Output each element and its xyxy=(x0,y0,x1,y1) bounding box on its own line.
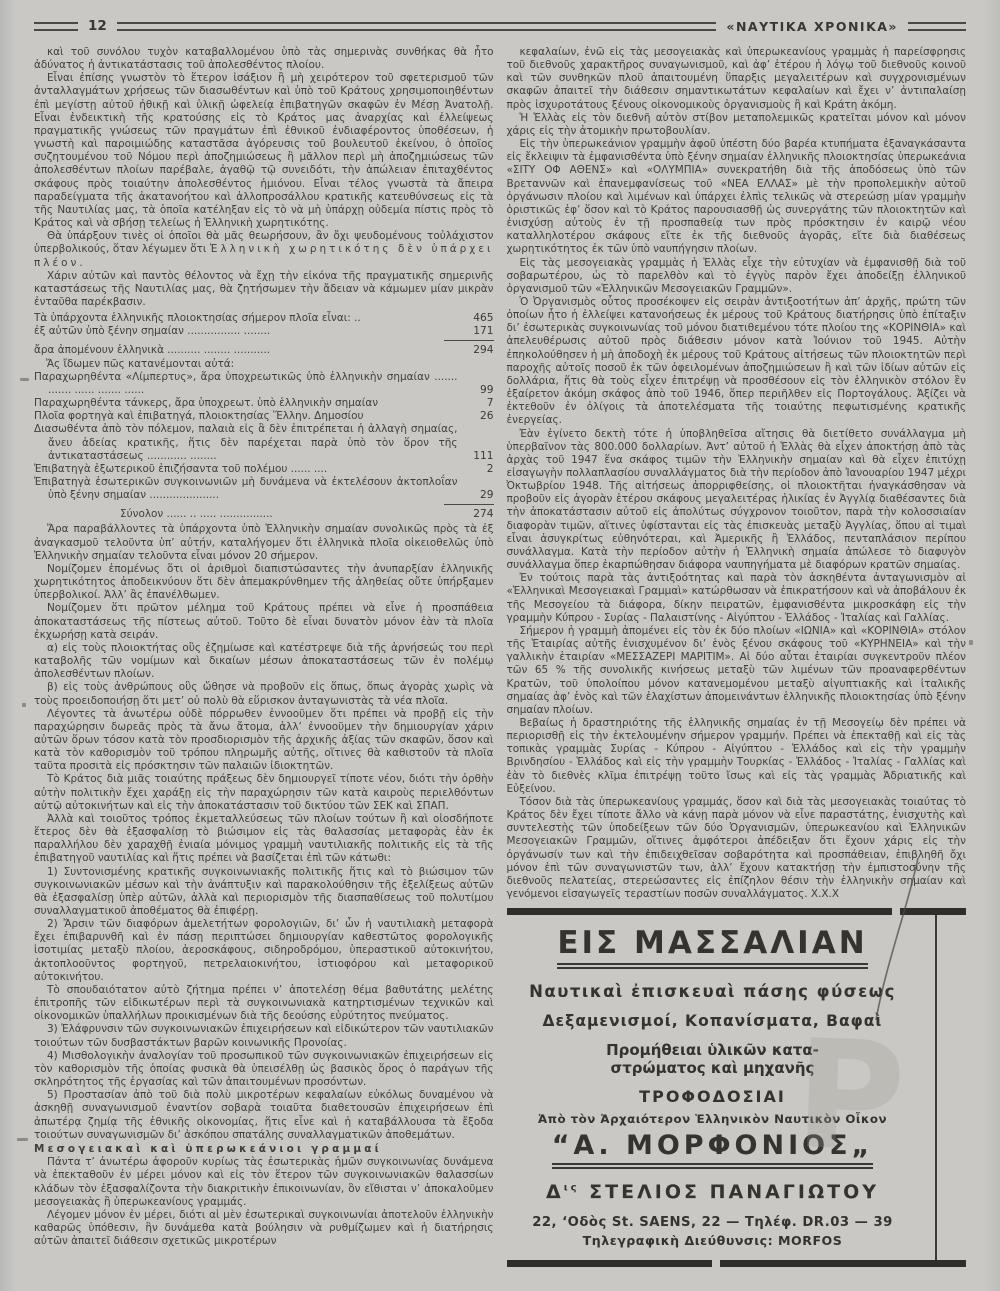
paragraph: κεφαλαίων, ἐνῶ εἰς τὰς μεσογειακὰς καὶ ὑ… xyxy=(507,46,967,112)
paragraph: Εἶναι ἐπίσης γνωστὸν τὸ ἕτερον ἰσάξιον ἢ… xyxy=(34,72,494,230)
scan-artifact xyxy=(969,640,973,645)
table-sum-rule xyxy=(444,504,494,505)
ad-headline: ΕΙΣ ΜΑΣΣΑΛΙΑΝ xyxy=(557,927,867,969)
ad-service-line-1: Ναυτικαὶ ἐπισκευαὶ πάσης φύσεως xyxy=(511,982,915,1001)
left-paragraphs-3: Ἄρα παραβάλλοντες τὰ ὑπάρχοντα ὑπὸ Ἑλλην… xyxy=(34,523,494,1141)
table-row: Παραχωρηθέντα «Λίμπερτυς», ἄρα ὑποχρεωτι… xyxy=(34,371,494,397)
ad-service-line-3a: Προμήθειαι ὑλικῶν κατα- xyxy=(606,1041,819,1059)
table-row: Τὰ ὑπάρχοντα ἑλληνικῆς πλοιοκτησίας σήμε… xyxy=(34,312,494,325)
table-row-value: 465 xyxy=(458,312,494,325)
paragraph: Βεβαίως ἡ δραστηριότης τῆς ἑλληνικῆς σημ… xyxy=(507,717,967,796)
table-row-label: Σύνολον ...... .. ..... ................ xyxy=(34,508,458,521)
paragraph: Εἰς τὴν ὑπερωκεάνιον γραμμὴν ἀφοῦ ὑπέστη… xyxy=(507,138,967,256)
paragraph: 1) Συντονισμένης κρατικῆς συγκοινωνιακῆς… xyxy=(34,866,494,919)
ad-bottom-border xyxy=(507,1260,967,1267)
paragraph: Τόσον διὰ τὰς ὑπερωκεανίους γραμμάς, ὅσο… xyxy=(507,796,967,901)
left-paragraphs-4: Πάντα τ’ ἀνωτέρω ἀφοροῦν κυρίως τὰς ἐσωτ… xyxy=(34,1156,494,1248)
paragraph: Ὁ Ὀργανισμὸς οὗτος προσέκοψεν εἰς σειρὰν… xyxy=(507,296,967,428)
ad-director-initial: Δ xyxy=(546,1181,564,1203)
table-row-value: 294 xyxy=(458,344,494,357)
paragraph: Ἄρα παραβάλλοντες τὰ ὑπάρχοντα ὑπὸ Ἑλλην… xyxy=(34,523,494,562)
ad-service-line-3b: στρώματος καὶ μηχανῆς xyxy=(611,1059,815,1077)
left-paragraphs-top: καὶ τοῦ συνόλου τυχὸν καταβαλλομένου ὑπὸ… xyxy=(34,46,494,230)
ad-director-name: Δις ΣΤΕΛΙΟΣ ΠΑΝΑΓΙΩΤΟΥ xyxy=(511,1181,915,1203)
scan-artifact xyxy=(17,1138,28,1141)
table-row: Παραχωρηθέντα τάνκερς, ἄρα ὑποχρεωτ. ὑπὸ… xyxy=(34,397,494,410)
table-row-label: Ἐπιβατηγὰ ἐσωτερικῶν συγκοινωνιῶν μὴ δυν… xyxy=(34,476,458,502)
section-heading: Μεσογειακαὶ καὶ ὑπερωκεάνιοι γραμμαί xyxy=(34,1143,494,1156)
emphasis-paragraph: Θὰ ὑπάρξουν τινὲς οἱ ὁποῖοι θὰ μᾶς θεωρή… xyxy=(34,230,494,269)
ad-top-border-left xyxy=(507,908,892,915)
ad-content: ΕΙΣ ΜΑΣΣΑΛΙΑΝ Ναυτικαὶ ἐπισκευαὶ πάσης φ… xyxy=(507,915,937,1259)
paragraph: Τὸ σπουδαιότατον αὐτὸ ζήτημα πρέπει ν’ ἀ… xyxy=(34,984,494,1023)
table-row-value: 99 xyxy=(458,384,494,397)
ad-top-border-right xyxy=(900,908,967,915)
ad-brand-name: “Α. ΜΟΡΦΟΝΙΟΣ„ xyxy=(552,1132,874,1168)
header-rule-center xyxy=(117,22,717,31)
paragraph: Ἡ Ἑλλὰς εἰς τὸν διεθνῆ αὐτὸν στίβον μετα… xyxy=(507,112,967,138)
paragraph: 2) Ἄρσιν τῶν διαφόρων ἀμελετήτων φορολογ… xyxy=(34,918,494,984)
left-paragraphs-2: Χάριν αὐτῶν καὶ παντὸς θέλοντος νὰ ἔχῃ τ… xyxy=(34,270,494,309)
paragraph: 3) Ἐλάφρυνσιν τῶν συγκοινωνιακῶν ἐπιχειρ… xyxy=(34,1023,494,1049)
fleet-statistics-table: Τὰ ὑπάρχοντα ἑλληνικῆς πλοιοκτησίας σήμε… xyxy=(34,312,494,521)
ad-address: 22, ‘Οδὸς St. SAENS, 22 — Τηλέφ. DR.03 —… xyxy=(511,1215,915,1230)
right-paragraphs: κεφαλαίων, ἐνῶ εἰς τὰς μεσογειακὰς καὶ ὑ… xyxy=(507,46,967,901)
ad-subhead: ΤΡΟΦΟΔΟΣΙΑΙ xyxy=(511,1087,915,1106)
masthead-title: «ΝΑΥΤΙΚΑ ΧΡΟΝΙΚΑ» xyxy=(726,19,898,34)
ad-telegraph-address: Τηλεγραφικὴ Διεύθυνσις: MORFOS xyxy=(511,1233,915,1248)
table-row-label: Ἐπιβατηγὰ ἐξωτερικοῦ ἐπιζήσαντα τοῦ πολέ… xyxy=(34,463,458,476)
table-row-label: ἐξ αὐτῶν ὑπὸ ξένην σημαίαν .............… xyxy=(34,325,458,338)
table-row-label: Τὰ ὑπάρχοντα ἑλληνικῆς πλοιοκτησίας σήμε… xyxy=(34,312,458,325)
table-row-label: Παραχωρηθέντα τάνκερς, ἄρα ὑποχρεωτ. ὑπὸ… xyxy=(34,397,458,410)
paragraph: Πάντα τ’ ἀνωτέρω ἀφοροῦν κυρίως τὰς ἐσωτ… xyxy=(34,1156,494,1209)
table-row: Ἐπιβατηγὰ ἐσωτερικῶν συγκοινωνιῶν μὴ δυν… xyxy=(34,476,494,502)
scan-artifact xyxy=(20,378,29,381)
paragraph: Χάριν αὐτῶν καὶ παντὸς θέλοντος νὰ ἔχῃ τ… xyxy=(34,270,494,309)
left-column: καὶ τοῦ συνόλου τυχὸν καταβαλλομένου ὑπὸ… xyxy=(34,46,494,1267)
table-row-value: 171 xyxy=(458,325,494,338)
table-row: ἄρα ἀπομένουν ἑλληνικὰ .......... ......… xyxy=(34,344,494,357)
paragraph: 4) Μισθολογικὴν ἀναλογίαν τοῦ προσωπικοῦ… xyxy=(34,1050,494,1089)
table-row-label: Πλοῖα φορτηγὰ καὶ ἐπιβατηγά, πλοιοκτησία… xyxy=(34,410,458,423)
paragraph: Σήμερον ἡ γραμμὴ ἀπομένει εἰς τὸν ἐκ δύο… xyxy=(507,625,967,717)
paragraph: β) εἰς τοὺς ἀνθρώπους οὓς ὤθησε νὰ προβο… xyxy=(34,681,494,707)
paragraph: Ἐν τούτοις παρὰ τὰς ἀντιξοότητας καὶ παρ… xyxy=(507,572,967,625)
page-header: 12 «ΝΑΥΤΙΚΑ ΧΡΟΝΙΚΑ» xyxy=(0,0,1000,40)
table-row: Πλοῖα φορτηγὰ καὶ ἐπιβατηγά, πλοιοκτησία… xyxy=(34,410,494,423)
paragraph: Τὸ Κράτος διὰ μιᾶς τοιαύτης πράξεως δὲν … xyxy=(34,773,494,812)
right-column: κεφαλαίων, ἐνῶ εἰς τὰς μεσογειακὰς καὶ ὑ… xyxy=(507,46,967,1267)
table-row: Ἐπιβατηγὰ ἐξωτερικοῦ ἐπιζήσαντα τοῦ πολέ… xyxy=(34,463,494,476)
paragraph: Λέγοντες τὰ ἀνωτέρω οὐδὲ πόρρωθεν ἐννοοῦ… xyxy=(34,708,494,774)
table-row-label: Ἄς ἴδωμεν πῶς κατανέμονται αὐτά: xyxy=(34,358,458,371)
ad-tagline: Ἀπὸ τὸν Ἀρχαιότερον Ἑλληνικὸν Ναυτικὸν Ο… xyxy=(511,1112,915,1126)
table-row-value: 26 xyxy=(458,410,494,423)
article-body: καὶ τοῦ συνόλου τυχὸν καταβαλλομένου ὑπὸ… xyxy=(0,40,1000,1267)
paragraph: Ἀλλὰ καὶ τοιοῦτος τρόπος ἐκμεταλλεύσεως … xyxy=(34,813,494,866)
header-rule-left xyxy=(34,22,78,31)
table-row: Ἄς ἴδωμεν πῶς κατανέμονται αὐτά: xyxy=(34,358,494,371)
table-row-value: 274 xyxy=(458,508,494,521)
ad-service-line-3: Προμήθειαι ὑλικῶν κατα- στρώματος καὶ μη… xyxy=(511,1041,915,1079)
ad-director-superscript: ις xyxy=(564,1182,580,1193)
paragraph: Εἰς τὰς μεσογειακὰς γραμμὰς ἡ Ἑλλὰς εἶχε… xyxy=(507,257,967,296)
paragraph: α) εἰς τοὺς πλοιοκτήτας οὓς ἐζημίωσε καὶ… xyxy=(34,642,494,681)
table-row-value: 29 xyxy=(458,489,494,502)
ad-top-border xyxy=(507,908,967,915)
table-row-value: 111 xyxy=(458,450,494,463)
table-row-value: 7 xyxy=(458,397,494,410)
table-row: Σύνολον ...... .. ..... ................… xyxy=(34,508,494,521)
header-rule-right xyxy=(908,22,966,31)
paragraph: Νομίζομεν ἑπομένως ὅτι οἱ ἀριθμοὶ διαπισ… xyxy=(34,563,494,602)
paragraph: Νομίζομεν ὅτι πρῶτον μέλημα τοῦ Κράτους … xyxy=(34,602,494,641)
ad-director-fullname: ΣΤΕΛΙΟΣ ΠΑΝΑΓΙΩΤΟΥ xyxy=(580,1181,879,1203)
paragraph: Ἐὰν ἐγίνετο δεκτὴ τότε ἡ ὑποβληθεῖσα αἴτ… xyxy=(507,428,967,573)
ad-bottom-border-left xyxy=(507,1260,712,1267)
scan-artifact xyxy=(22,703,26,707)
table-row-label: Παραχωρηθέντα «Λίμπερτυς», ἄρα ὑποχρεωτι… xyxy=(34,371,458,397)
ad-service-line-2: Δεξαμενισμοί, Κοπανίσματα, Βαφαὶ xyxy=(511,1012,915,1030)
paragraph: 5) Προστασίαν ἀπὸ τοῦ διὰ πολὺ μικροτέρω… xyxy=(34,1089,494,1142)
table-row-label: ἄρα ἀπομένουν ἑλληνικὰ .......... ......… xyxy=(34,344,458,357)
table-row-label: Διασωθέντα ἀπὸ τὸν πόλεμον, παλαιὰ εἰς ἃ… xyxy=(34,423,458,462)
paragraph: Λέγομεν μόνον ἐν μέρει, διότι αἱ μὲν ἐσω… xyxy=(34,1209,494,1248)
table-sum-rule xyxy=(444,340,494,341)
page-number: 12 xyxy=(88,18,107,34)
table-row: ἐξ αὐτῶν ὑπὸ ξένην σημαίαν .............… xyxy=(34,325,494,338)
ad-bottom-border-right xyxy=(720,1260,967,1267)
advertisement-massalian: ΕΙΣ ΜΑΣΣΑΛΙΑΝ Ναυτικαὶ ἐπισκευαὶ πάσης φ… xyxy=(507,908,967,1266)
paragraph: καὶ τοῦ συνόλου τυχὸν καταβαλλομένου ὑπὸ… xyxy=(34,46,494,72)
magazine-page: 12 «ΝΑΥΤΙΚΑ ΧΡΟΝΙΚΑ» καὶ τοῦ συνόλου τυχ… xyxy=(0,0,1000,1291)
table-row: Διασωθέντα ἀπὸ τὸν πόλεμον, παλαιὰ εἰς ἃ… xyxy=(34,423,494,462)
table-row-value: 2 xyxy=(458,463,494,476)
